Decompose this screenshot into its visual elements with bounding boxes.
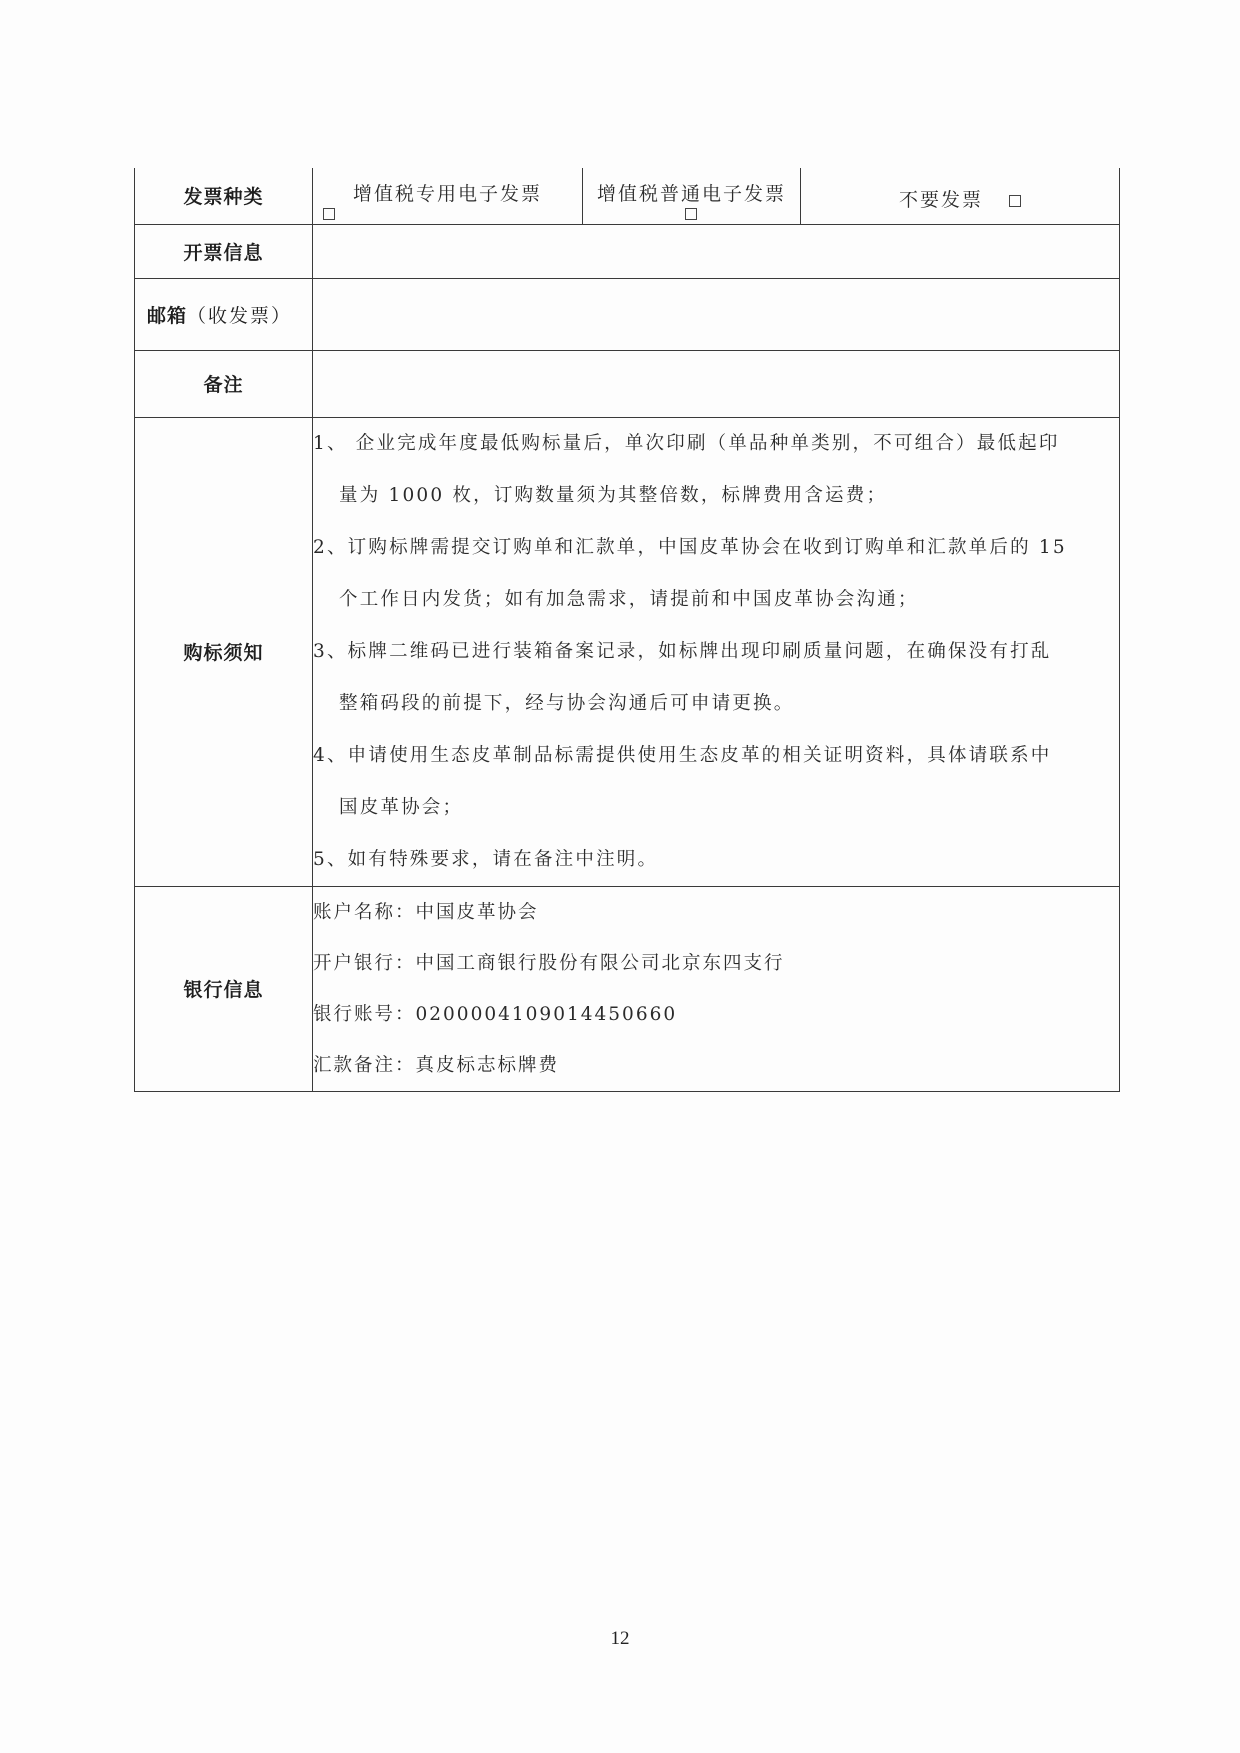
remittance-note: 汇款备注：真皮标志标牌费 [313, 1040, 1119, 1091]
option-label: 不要发票 [899, 189, 983, 211]
row-invoice-type: 发票种类 增值税专用电子发票 增值税普通电子发票 不要发票 [135, 168, 1120, 224]
notice-line: 个工作日内发货；如有加急需求，请提前和中国皮革协会沟通； [313, 574, 1119, 626]
label-invoice-info: 开票信息 [135, 224, 313, 278]
invoice-info-field[interactable] [313, 224, 1120, 278]
notice-line: 4、申请使用生态皮革制品标需提供使用生态皮革的相关证明资料，具体请联系中 [313, 730, 1119, 782]
bank-account-name: 账户名称：中国皮革协会 [313, 887, 1119, 938]
row-email: 邮箱（收发票） [135, 278, 1120, 350]
notice-line: 5、如有特殊要求，请在备注中注明。 [313, 834, 1119, 886]
page-number: 12 [0, 1628, 1240, 1650]
option-vat-special-invoice[interactable]: 增值税专用电子发票 [313, 168, 583, 224]
row-bank-info: 银行信息 账户名称：中国皮革协会 开户银行：中国工商银行股份有限公司北京东四支行… [135, 886, 1120, 1091]
label-email: 邮箱（收发票） [135, 278, 313, 350]
label-purchase-notice: 购标须知 [135, 417, 313, 886]
label-remarks: 备注 [135, 350, 313, 417]
option-label: 增值税专用电子发票 [313, 179, 582, 206]
notice-line: 国皮革协会； [313, 782, 1119, 834]
remarks-field[interactable] [313, 350, 1120, 417]
label-bank-info: 银行信息 [135, 886, 313, 1091]
option-vat-normal-invoice[interactable]: 增值税普通电子发票 [583, 168, 801, 224]
notice-line: 3、标牌二维码已进行装箱备案记录，如标牌出现印刷质量问题，在确保没有打乱 [313, 626, 1119, 678]
bank-info-content: 账户名称：中国皮革协会 开户银行：中国工商银行股份有限公司北京东四支行 银行账号… [313, 886, 1120, 1091]
notice-line: 1、 企业完成年度最低购标量后，单次印刷（单品种单类别，不可组合）最低起印 [313, 418, 1119, 470]
label-email-main: 邮箱 [147, 305, 187, 327]
label-email-suffix: （收发票） [187, 305, 292, 327]
checkbox-icon[interactable] [323, 208, 335, 220]
purchase-notice-content: 1、 企业完成年度最低购标量后，单次印刷（单品种单类别，不可组合）最低起印 量为… [313, 417, 1120, 886]
notice-line: 量为 1000 枚，订购数量须为其整倍数，标牌费用含运费； [313, 470, 1119, 522]
row-purchase-notice: 购标须知 1、 企业完成年度最低购标量后，单次印刷（单品种单类别，不可组合）最低… [135, 417, 1120, 886]
row-invoice-info: 开票信息 [135, 224, 1120, 278]
checkbox-icon[interactable] [685, 208, 697, 220]
notice-line: 2、订购标牌需提交订购单和汇款单，中国皮革协会在收到订购单和汇款单后的 15 [313, 522, 1119, 574]
email-field[interactable] [313, 278, 1120, 350]
option-label: 增值税普通电子发票 [583, 179, 800, 206]
row-remarks: 备注 [135, 350, 1120, 417]
bank-account-number: 银行账号：0200004109014450660 [313, 989, 1119, 1040]
label-invoice-type: 发票种类 [135, 168, 313, 224]
checkbox-icon[interactable] [1009, 195, 1021, 207]
bank-name: 开户银行：中国工商银行股份有限公司北京东四支行 [313, 938, 1119, 989]
order-form-table: 发票种类 增值税专用电子发票 增值税普通电子发票 不要发票 开票信息 邮箱（收发… [134, 168, 1120, 1092]
option-no-invoice[interactable]: 不要发票 [801, 168, 1120, 224]
notice-line: 整箱码段的前提下，经与协会沟通后可申请更换。 [313, 678, 1119, 730]
